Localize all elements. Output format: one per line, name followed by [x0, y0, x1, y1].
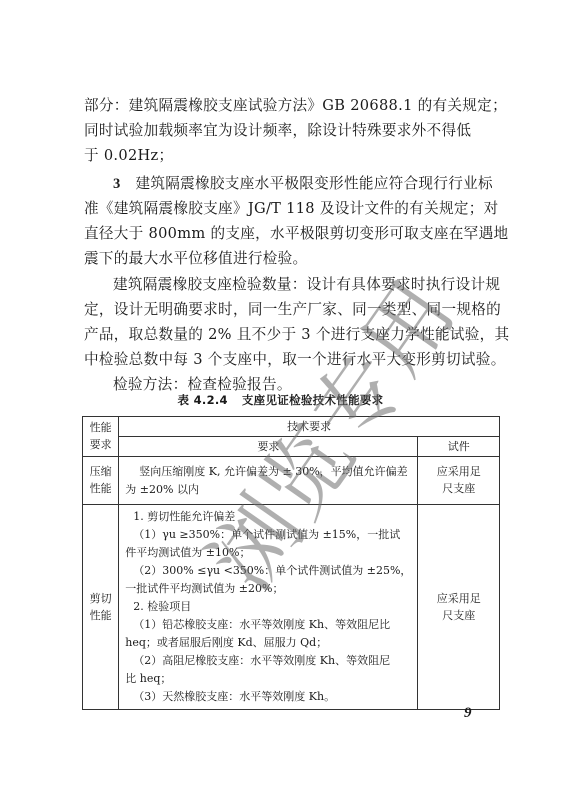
cell-requirement: 1. 剪切性能允许偏差 （1）γu ≥350%：单个试件测试值为 ±15%，一批… [119, 505, 418, 710]
document-page: 部分：建筑隔震橡胶支座试验方法》GB 20688.1 的有关规定； 同时试验加载… [0, 0, 561, 804]
text-line: 3 建筑隔震橡胶支座水平极限变形性能应符合现行行业标 [84, 171, 494, 196]
clause-text: 建筑隔震橡胶支座水平极限变形性能应符合现行行业标 [135, 175, 492, 192]
cell-requirement: 竖向压缩刚度 K, 允许偏差为 ± 30%，平均值允许偏差 为 ±20% 以内 [119, 457, 418, 505]
page-number: 9 [464, 705, 472, 722]
cell-specimen: 应采用足尺支座 [418, 505, 500, 710]
text-line: 同时试验加载频率宜为设计频率，除设计特殊要求外不得低 [84, 118, 494, 143]
table-row: 剪切性能 1. 剪切性能允许偏差 （1）γu ≥350%：单个试件测试值为 ±1… [83, 505, 500, 710]
paragraph-test-method-continuation: 部分：建筑隔震橡胶支座试验方法》GB 20688.1 的有关规定； 同时试验加载… [84, 93, 494, 168]
text-line: 于 0.02Hz； [84, 143, 494, 168]
text-line: 定，设计无明确要求时，同一生产厂家、同一类型、同一规格的 [84, 297, 494, 322]
paragraph-inspection-quantity: 建筑隔震橡胶支座检验数量：设计有具体要求时执行设计规 定，设计无明确要求时，同一… [84, 272, 494, 397]
clause-number: 3 [113, 176, 121, 192]
cell-property: 剪切性能 [83, 505, 119, 710]
text-line: 部分：建筑隔震橡胶支座试验方法》GB 20688.1 的有关规定； [84, 93, 494, 118]
cell-specimen: 应采用足尺支座 [418, 457, 500, 505]
text-line: 产品，取总数量的 2% 且不少于 3 个进行支座力学性能试验，其 [84, 322, 494, 347]
text-line: 建筑隔震橡胶支座检验数量：设计有具体要求时执行设计规 [84, 272, 494, 297]
table-title: 支座见证检验技术性能要求 [242, 393, 384, 407]
header-specimen: 试件 [418, 437, 500, 457]
text-line: 准《建筑隔震橡胶支座》JG/T 118 及设计文件的有关规定；对 [84, 196, 494, 221]
spec-table: 性能要求 技术要求 要求 试件 压缩性能 竖向压缩刚度 K, 允许偏差为 ± 3… [82, 416, 500, 710]
cell-property: 压缩性能 [83, 457, 119, 505]
text-line: 中检验总数中每 3 个支座中，取一个进行水平大变形剪切试验。 [84, 347, 494, 372]
paragraph-clause-3: 3 建筑隔震橡胶支座水平极限变形性能应符合现行行业标 准《建筑隔震橡胶支座》JG… [84, 171, 494, 271]
header-performance: 性能要求 [83, 417, 119, 457]
table-number: 表 4.2.4 [178, 393, 228, 407]
text-line: 直径大于 800mm 的支座，水平极限剪切变形可取支座在罕遇地 [84, 221, 494, 246]
header-technical-requirements: 技术要求 [119, 417, 500, 437]
table-row: 压缩性能 竖向压缩刚度 K, 允许偏差为 ± 30%，平均值允许偏差 为 ±20… [83, 457, 500, 505]
table-caption: 表 4.2.4支座见证检验技术性能要求 [0, 392, 561, 408]
text-line: 震下的最大水平位移值进行检验。 [84, 246, 494, 271]
header-requirement: 要求 [119, 437, 418, 457]
